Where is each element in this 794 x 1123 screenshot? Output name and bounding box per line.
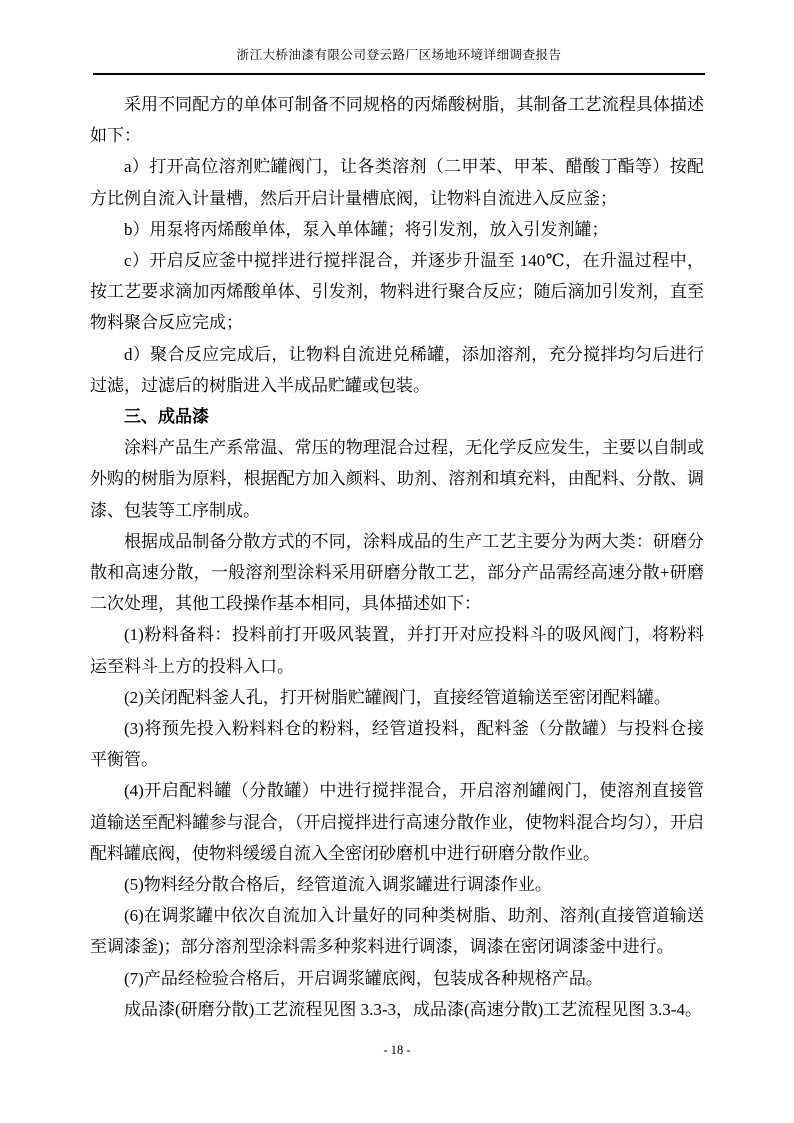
paragraph-step-d: d）聚合反应完成后，让物料自流进兑稀罐，添加溶剂，充分搅拌均匀后进行过滤，过滤后… — [90, 339, 704, 401]
paragraph-figure-reference: 成品漆(研磨分散)工艺流程见图 3.3-3，成品漆(高速分散)工艺流程见图 3.… — [90, 994, 704, 1025]
page-header: 浙江大桥油漆有限公司登云路厂区场地环境详细调查报告 — [93, 46, 705, 75]
section-heading-finished-paint: 三、成品漆 — [90, 401, 704, 432]
paragraph-step-a: a）打开高位溶剂贮罐阀门，让各类溶剂（二甲苯、甲苯、醋酸丁酯等）按配方比例自流入… — [90, 151, 704, 213]
paragraph-intro: 采用不同配方的单体可制备不同规格的丙烯酸树脂，其制备工艺流程具体描述如下： — [90, 89, 704, 151]
header-title: 浙江大桥油漆有限公司登云路厂区场地环境详细调查报告 — [93, 46, 705, 64]
paragraph-step-5: (5)物料经分散合格后，经管道流入调浆罐进行调漆作业。 — [90, 869, 704, 900]
paragraph-step-7: (7)产品经检验合格后，开启调浆罐底阀，包装成各种规格产品。 — [90, 963, 704, 994]
paragraph-dispersion-types: 根据成品制备分散方式的不同，涂料成品的生产工艺主要分为两大类：研磨分散和高速分散… — [90, 526, 704, 620]
paragraph-step-1: (1)粉料备料：投料前打开吸风装置，并打开对应投料斗的吸风阀门，将粉料运至料斗上… — [90, 619, 704, 681]
header-rule — [93, 73, 705, 75]
paragraph-step-4: (4)开启配料罐（分散罐）中进行搅拌混合，开启溶剂罐阀门，使溶剂直接管道输送至配… — [90, 775, 704, 869]
paragraph-step-b: b）用泵将丙烯酸单体，泵入单体罐；将引发剂，放入引发剂罐； — [90, 214, 704, 245]
paragraph-process-overview: 涂料产品生产系常温、常压的物理混合过程，无化学反应发生，主要以自制或外购的树脂为… — [90, 432, 704, 526]
document-page: 浙江大桥油漆有限公司登云路厂区场地环境详细调查报告 采用不同配方的单体可制备不同… — [0, 0, 794, 1123]
paragraph-step-6: (6)在调浆罐中依次自流加入计量好的同种类树脂、助剂、溶剂(直接管道输送至调漆釜… — [90, 900, 704, 962]
document-body: 采用不同配方的单体可制备不同规格的丙烯酸树脂，其制备工艺流程具体描述如下： a）… — [90, 89, 704, 1025]
paragraph-step-2: (2)关闭配料釜人孔，打开树脂贮罐阀门，直接经管道输送至密闭配料罐。 — [90, 682, 704, 713]
page-footer: - 18 - — [0, 1041, 794, 1059]
paragraph-step-c: c）开启反应釜中搅拌进行搅拌混合，并逐步升温至 140℃，在升温过程中，按工艺要… — [90, 245, 704, 339]
paragraph-step-3: (3)将预先投入粉料料仓的粉料，经管道投料，配料釜（分散罐）与投料仓接平衡管。 — [90, 713, 704, 775]
